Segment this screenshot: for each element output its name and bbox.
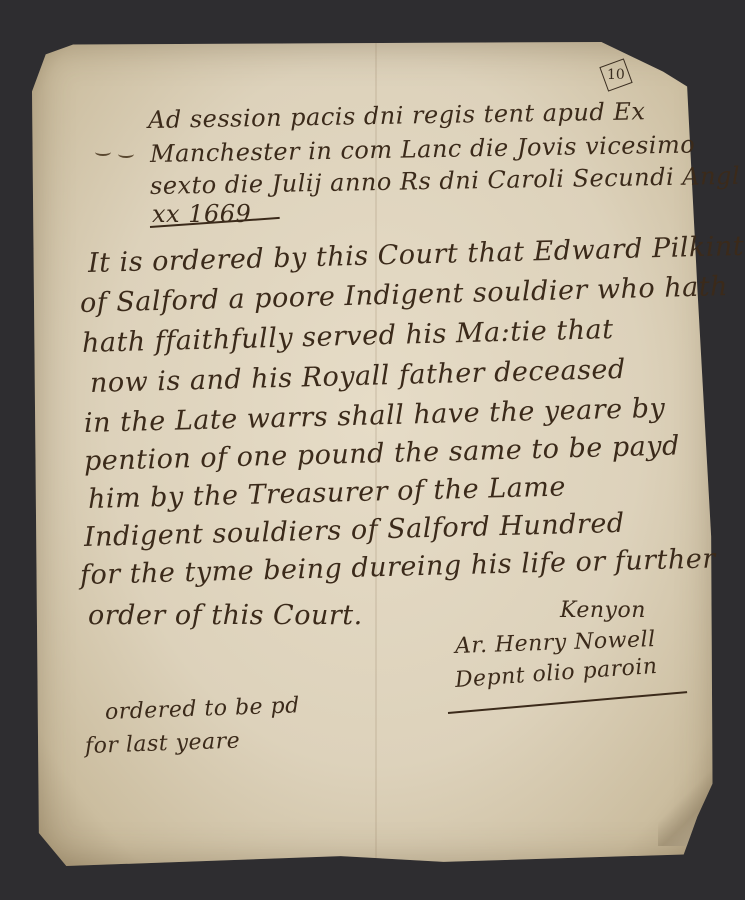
- paper-damage-mark: [95, 148, 111, 156]
- paper-damage-mark: [118, 150, 134, 158]
- folded-corner: [658, 766, 718, 846]
- body-line: order of this Court.: [88, 600, 363, 631]
- signature-kenyon: Kenyon: [560, 598, 646, 623]
- folio-number: 10: [607, 67, 625, 83]
